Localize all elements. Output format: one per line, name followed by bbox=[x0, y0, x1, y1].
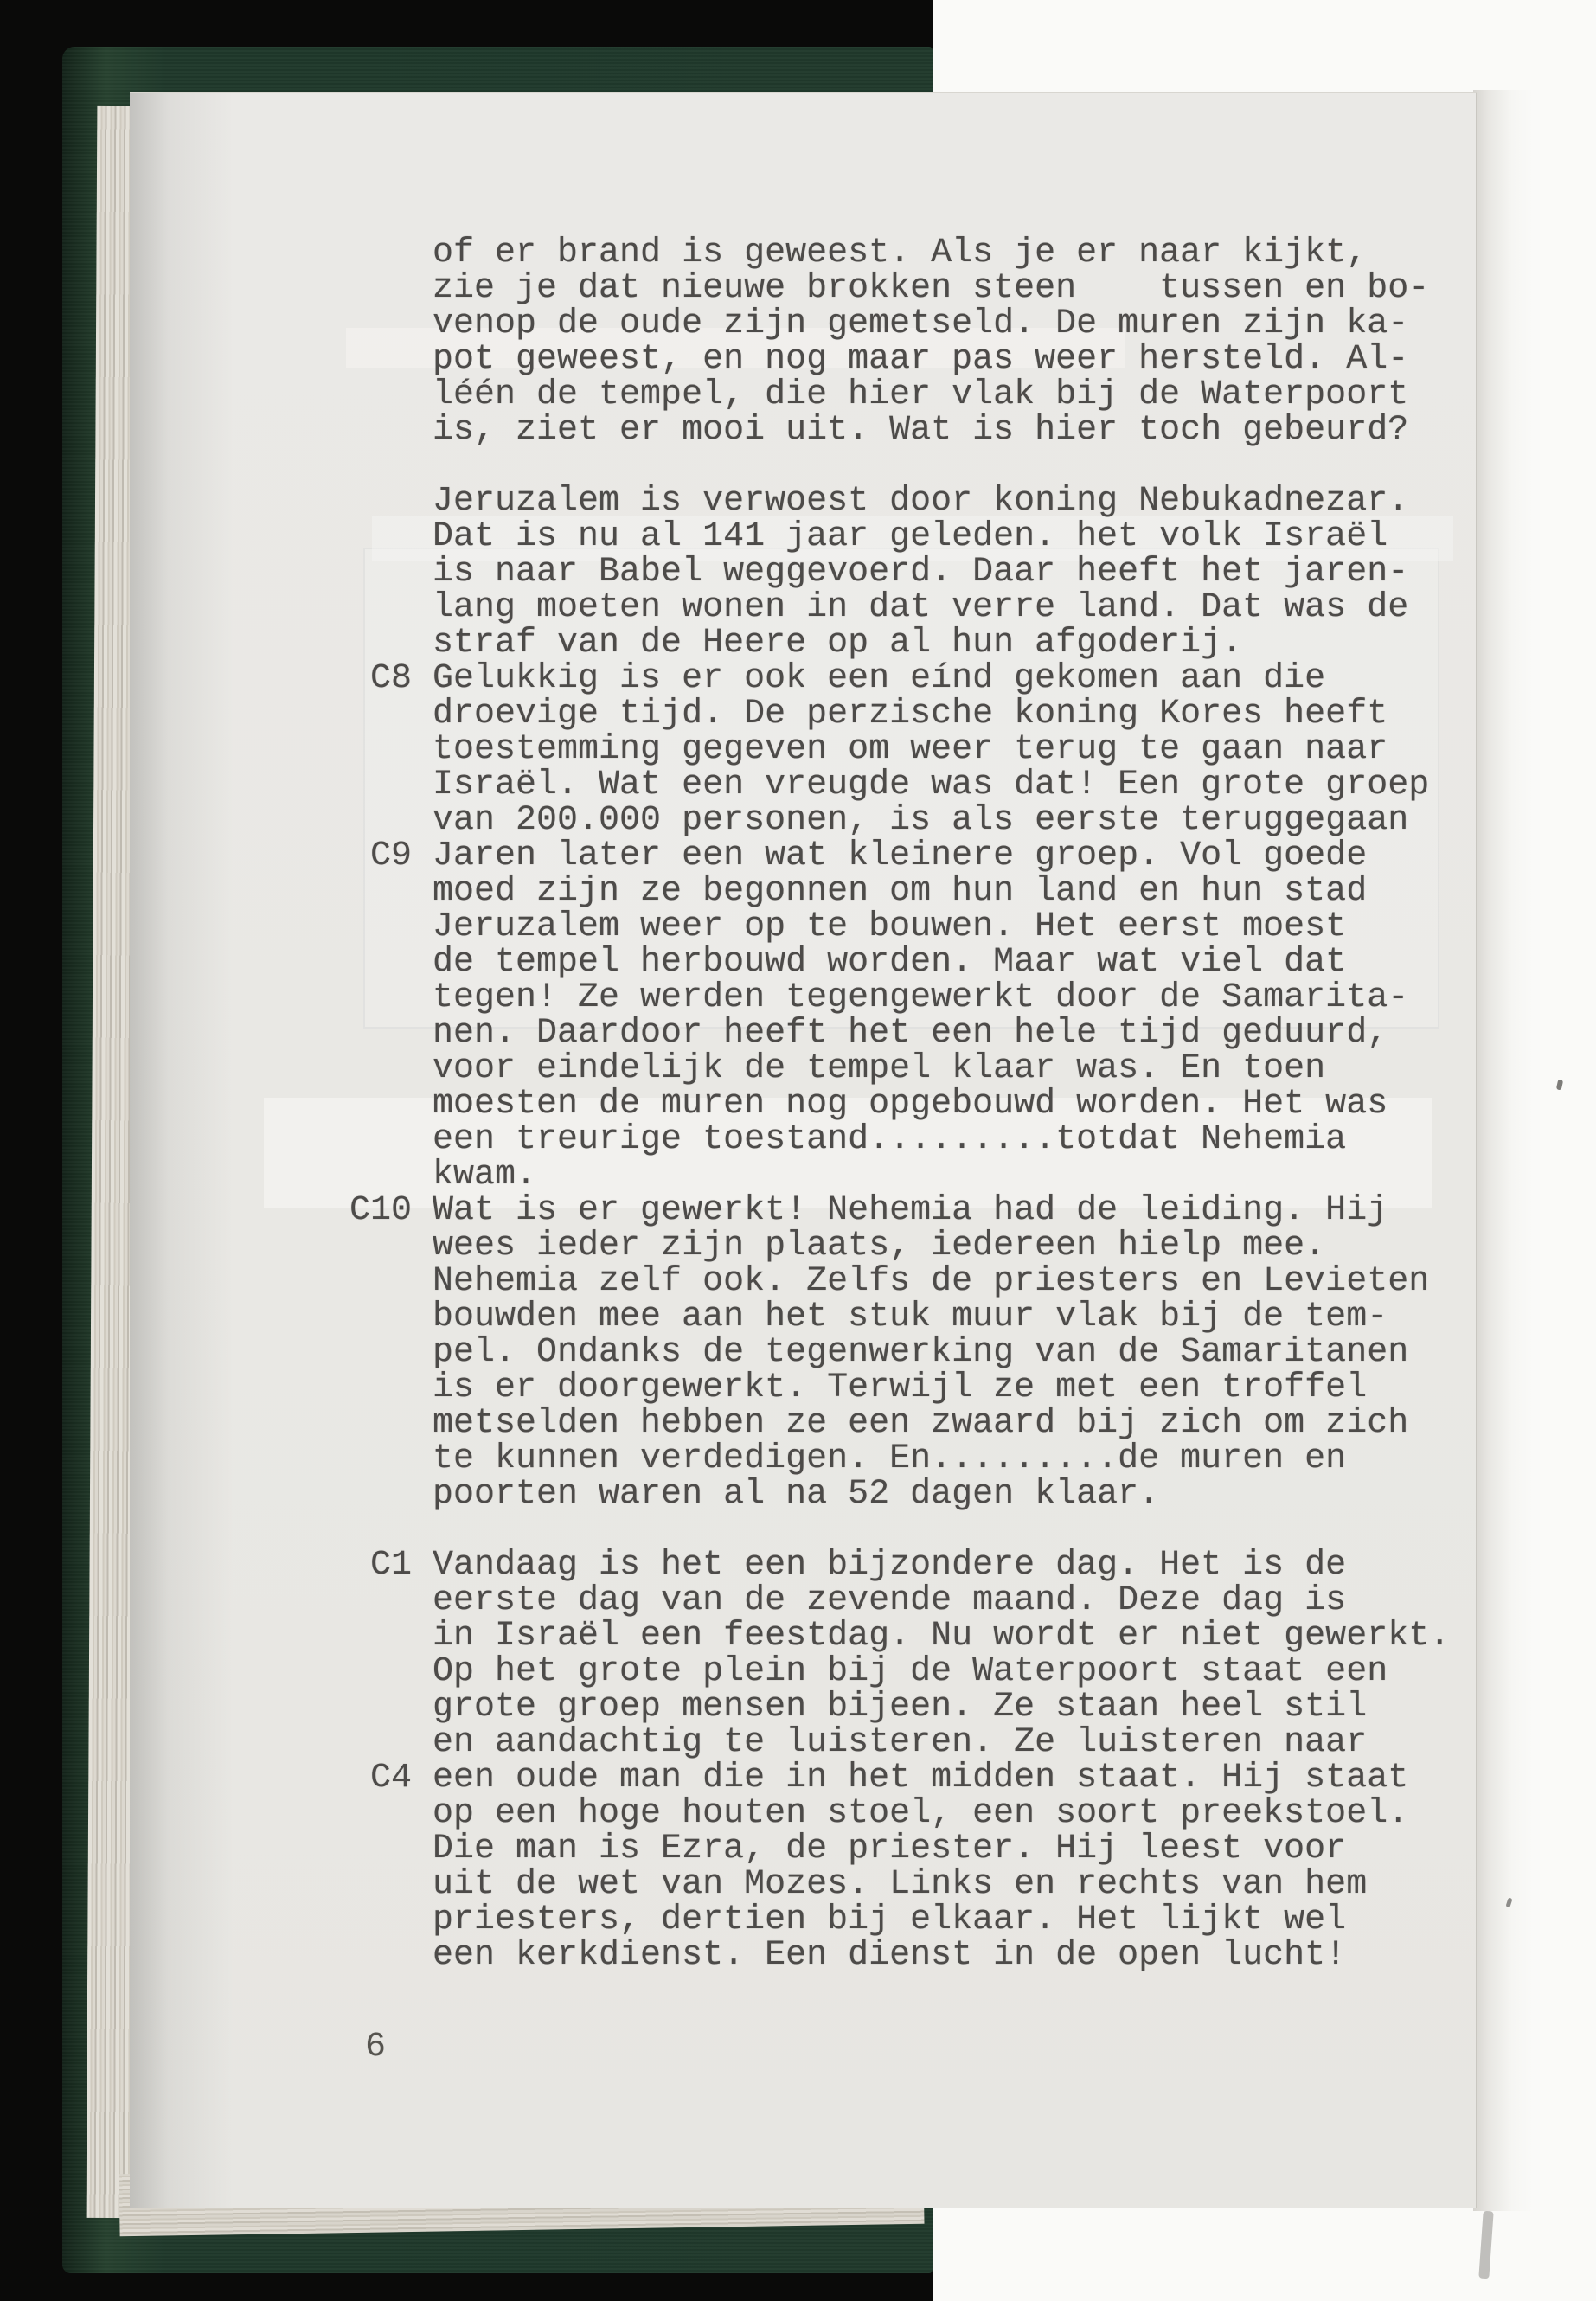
gutter-shadow bbox=[130, 93, 251, 2208]
book-scan: of er brand is geweest. Als je er naar k… bbox=[0, 0, 1596, 2301]
page-number: 6 bbox=[365, 2029, 386, 2065]
page-body-text: of er brand is geweest. Als je er naar k… bbox=[349, 235, 1450, 1973]
page-stack-edges-right bbox=[1473, 90, 1534, 2211]
scan-speck bbox=[1556, 1080, 1563, 1091]
page-corner-shadow bbox=[1478, 2211, 1493, 2279]
